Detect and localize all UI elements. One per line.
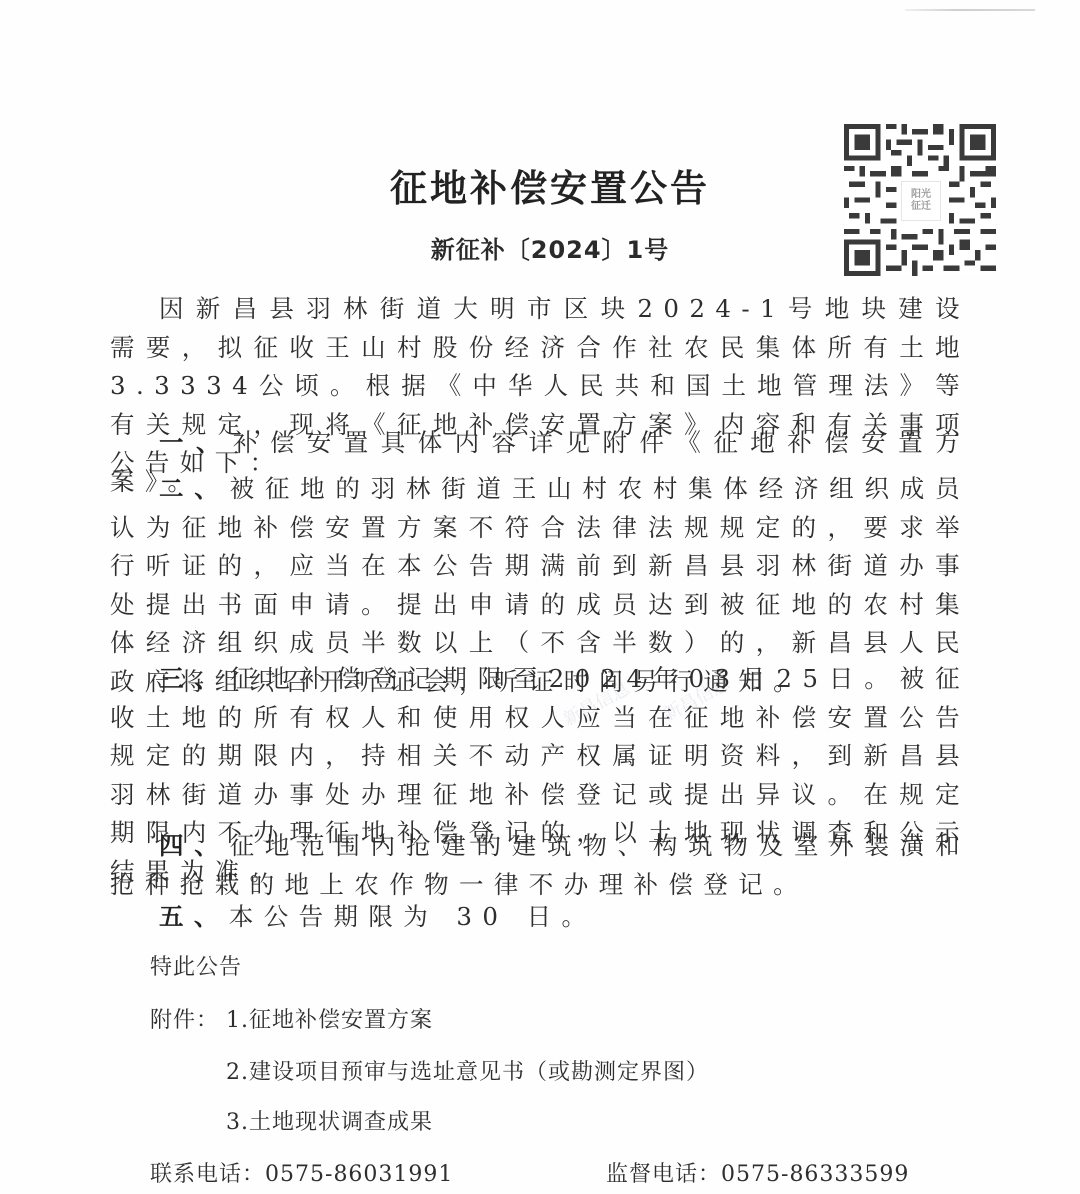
item-four: 四、征地范围内抢建的建筑物、构筑物及室外装潢和抢种抢栽的地上农作物一律不办理补偿… bbox=[110, 827, 970, 904]
contact-phone: 联系电话：0575-86031991 bbox=[150, 1157, 453, 1188]
supervision-phone: 监督电话：0575-86333599 bbox=[606, 1157, 909, 1188]
supervision-phone-label: 监督电话： bbox=[606, 1162, 721, 1187]
attachments-label: 附件： bbox=[150, 1003, 219, 1034]
document-number: 新征补〔2024〕1号 bbox=[380, 230, 720, 265]
supervision-phone-number: 0575-86333599 bbox=[721, 1162, 909, 1187]
item-four-text: 征地范围内抢建的建筑物、构筑物及室外装潢和抢种抢栽的地上农作物一律不办理补偿登记… bbox=[110, 831, 970, 899]
item-one-lead: 一、 bbox=[159, 428, 233, 457]
item-five: 五、本公告期限为 30 日。 bbox=[110, 898, 970, 937]
attachment-1: 1.征地补偿安置方案 bbox=[226, 1003, 433, 1034]
attachment-2: 2.建设项目预审与选址意见书（或勘测定界图） bbox=[226, 1055, 709, 1086]
qr-badge-line-1: 阳光 bbox=[911, 189, 931, 201]
item-five-lead: 五、 bbox=[159, 902, 229, 931]
closing-notice: 特此公告 bbox=[150, 950, 242, 981]
item-three-lead: 三、 bbox=[159, 664, 230, 693]
document-title: 征地补偿安置公告 bbox=[380, 158, 720, 212]
document-page: 征地补偿安置公告 新征补〔2024〕1号 bbox=[0, 0, 1080, 1194]
qr-center-badge: 阳光 征迁 bbox=[901, 181, 941, 221]
qr-code[interactable]: 阳光 征迁 bbox=[844, 124, 996, 276]
item-four-lead: 四、 bbox=[159, 831, 230, 860]
scan-artifact bbox=[905, 9, 1035, 11]
item-two-lead: 二、 bbox=[159, 474, 230, 503]
contact-phone-label: 联系电话： bbox=[150, 1162, 265, 1187]
item-five-text: 本公告期限为 30 日。 bbox=[229, 902, 597, 931]
qr-badge-line-2: 征迁 bbox=[911, 201, 931, 213]
attachment-3: 3.土地现状调查成果 bbox=[226, 1105, 433, 1136]
contact-phone-number: 0575-86031991 bbox=[265, 1162, 453, 1187]
